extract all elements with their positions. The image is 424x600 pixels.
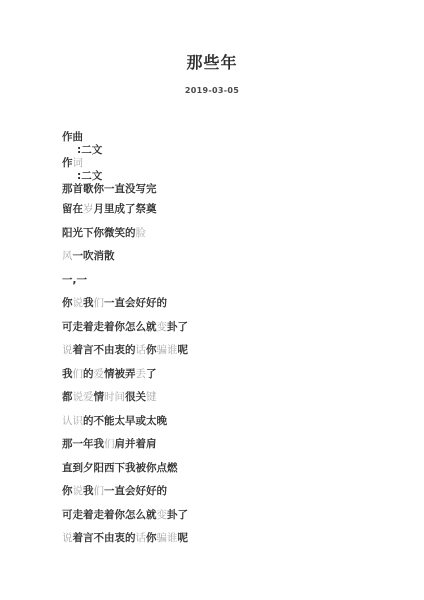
text-segment: 的不能太早或太晚 <box>83 415 167 427</box>
lyric-line: 说着言不由衷的话你骗谁呢 <box>62 532 394 544</box>
text-segment: 说 <box>62 532 73 544</box>
text-segment: 一,一 <box>62 274 87 286</box>
text-segment: 直到夕阳西下我被你点燃 <box>62 462 178 474</box>
text-segment: 那一年我 <box>62 438 104 450</box>
text-segment: 我 <box>83 485 94 497</box>
text-segment: 的 <box>83 368 94 380</box>
page-title: 那些年 <box>0 0 424 73</box>
text-segment: 一直会好好的 <box>104 297 167 309</box>
text-segment: 情 <box>94 391 105 403</box>
lyric-line: 可走着走着你怎么就变卦了 <box>62 509 394 521</box>
credit-lyricist-value: :二文 <box>62 170 394 183</box>
lyric-line: 那一年我们肩并着肩 <box>62 438 394 450</box>
text-segment: 词 <box>73 157 84 169</box>
text-segment: 认识 <box>62 415 83 427</box>
lyric-line: 那首歌你一直没写完 <box>62 183 394 196</box>
lyric-line: 阳光下你微笑的脸 <box>62 227 394 239</box>
text-segment: 说爱 <box>73 391 94 403</box>
lyric-line: 我们的爱情被弄丢了 <box>62 368 394 380</box>
text-segment: 着言不由衷的 <box>73 532 136 544</box>
text-segment: 说 <box>62 344 73 356</box>
text-segment: 骗谁 <box>157 344 178 356</box>
lyric-line: 一,一 <box>62 274 394 286</box>
credits-block: 作曲:二文作词:二文那首歌你一直没写完 <box>62 131 394 196</box>
lyric-line: 你说我们一直会好好的 <box>62 297 394 309</box>
text-segment: :二文 <box>77 170 102 182</box>
text-segment: 说 <box>73 297 84 309</box>
text-segment: 变 <box>157 509 168 521</box>
text-segment: 时间 <box>104 391 125 403</box>
text-segment: 卦了 <box>167 509 188 521</box>
text-segment: 岁 <box>83 203 94 215</box>
text-segment: 变 <box>157 321 168 333</box>
lyric-line: 说着言不由衷的话你骗谁呢 <box>62 344 394 356</box>
text-segment: 我 <box>83 297 94 309</box>
lyric-line: 留在岁月里成了祭奠 <box>62 203 394 215</box>
text-segment: 丢 <box>136 368 147 380</box>
text-segment: 很关 <box>125 391 146 403</box>
lyric-line: 你说我们一直会好好的 <box>62 485 394 497</box>
text-segment: 一直会好好的 <box>104 485 167 497</box>
text-segment: 可走着走着你怎么就 <box>62 321 157 333</box>
document-page: 那些年 2019-03-05 作曲:二文作词:二文那首歌你一直没写完 留在岁月里… <box>0 0 424 600</box>
text-segment: 你 <box>62 297 73 309</box>
text-segment: 们 <box>94 297 105 309</box>
credit-lyricist-label: 作词 <box>62 157 394 170</box>
text-segment: 作 <box>62 157 73 169</box>
text-segment: 爱 <box>94 368 105 380</box>
text-segment: 阳光下你微笑的 <box>62 227 136 239</box>
text-segment: 我 <box>62 368 73 380</box>
text-segment: 留在 <box>62 203 83 215</box>
text-segment: 呢 <box>178 532 189 544</box>
text-segment: 一吹消散 <box>73 250 115 262</box>
text-segment: 了 <box>146 368 157 380</box>
text-segment: 们 <box>104 438 115 450</box>
text-segment: 情被弄 <box>104 368 136 380</box>
text-segment: 卦了 <box>167 321 188 333</box>
text-segment: 你 <box>146 344 157 356</box>
text-segment: 键 <box>146 391 157 403</box>
text-segment: 你 <box>62 485 73 497</box>
text-segment: 作曲 <box>62 131 83 143</box>
lyric-line: 直到夕阳西下我被你点燃 <box>62 462 394 474</box>
text-segment: 可走着走着你怎么就 <box>62 509 157 521</box>
text-segment: 骗谁 <box>157 532 178 544</box>
text-segment: 你 <box>146 532 157 544</box>
text-segment: 说 <box>73 485 84 497</box>
text-segment: :二文 <box>77 144 102 156</box>
lyric-line: 风一吹消散 <box>62 250 394 262</box>
doc-date: 2019-03-05 <box>0 86 424 95</box>
credit-composer-value: :二文 <box>62 144 394 157</box>
lyrics-block: 留在岁月里成了祭奠阳光下你微笑的脸风一吹消散一,一你说我们一直会好好的可走着走着… <box>62 203 394 544</box>
text-segment: 们 <box>94 485 105 497</box>
text-segment: 风 <box>62 250 73 262</box>
lyric-line: 认识的不能太早或太晚 <box>62 415 394 427</box>
text-segment: 脸 <box>136 227 147 239</box>
document-body: 作曲:二文作词:二文那首歌你一直没写完 留在岁月里成了祭奠阳光下你微笑的脸风一吹… <box>0 131 424 544</box>
text-segment: 话 <box>136 344 147 356</box>
lyric-line: 可走着走着你怎么就变卦了 <box>62 321 394 333</box>
text-segment: 那首歌你一直没写完 <box>62 183 157 195</box>
text-segment: 月里成了祭奠 <box>94 203 157 215</box>
text-segment: 话 <box>136 532 147 544</box>
text-segment: 都 <box>62 391 73 403</box>
text-segment: 们 <box>73 368 84 380</box>
text-segment: 呢 <box>178 344 189 356</box>
text-segment: 着言不由衷的 <box>73 344 136 356</box>
lyric-line: 都说爱情时间很关键 <box>62 391 394 403</box>
text-segment: 肩并着肩 <box>115 438 157 450</box>
credit-composer-label: 作曲 <box>62 131 394 144</box>
